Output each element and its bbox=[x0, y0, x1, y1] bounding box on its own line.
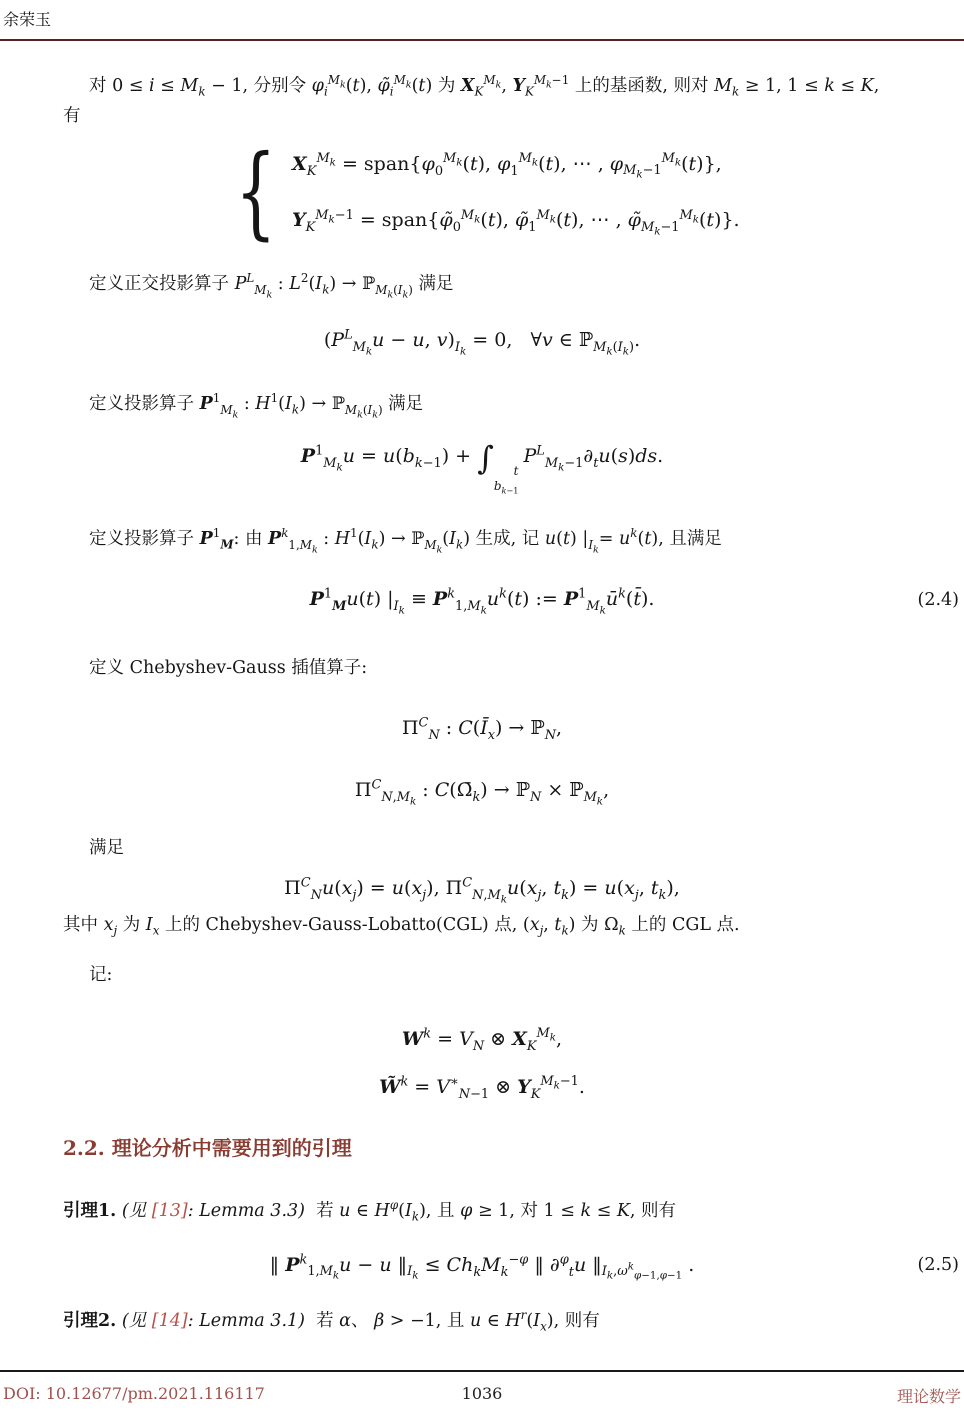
document-page: 余荣玉 对 0 ≤ i ≤ Mk − 1, 分别令 φiMk(t), φ̃iMk… bbox=[0, 0, 964, 1414]
equation-projection-integral: P1Mku = u(bk−1) + ∫tbk−1PLMk−1∂tu(s)ds. bbox=[63, 439, 901, 494]
page-number: 1036 bbox=[462, 1384, 503, 1403]
equation-orthogonality: (PLMku − u, v)Ik = 0, ∀v ∈ ℙMk(Ik). bbox=[63, 329, 901, 351]
equation-number-2-4: (2.4) bbox=[918, 590, 960, 610]
equation-2-4-body: P1Mu(t) |Ik ≡ Pk1,Mkuk(t) := P1Mkūk(t̄). bbox=[310, 588, 655, 610]
page-header: 余荣玉 bbox=[0, 0, 964, 41]
equation-projection-integral-body: P1Mku = u(bk−1) + ∫tbk−1PLMk−1∂tu(s)ds. bbox=[301, 445, 663, 467]
para-denote: 记: bbox=[63, 960, 901, 990]
equation-interpolation: ΠCNu(xj) = u(xj), ΠCN,Mku(xj, tk) = u(xj… bbox=[63, 877, 901, 899]
citation-14[interactable]: [14] bbox=[152, 1311, 188, 1331]
para-satisfy: 满足 bbox=[63, 833, 901, 863]
equation-space-w: Wk = VN ⊗ XKMk, bbox=[63, 1028, 901, 1050]
para-projection-1: 定义投影算子 P1Mk : H1(Ik) → ℙMk(Ik) 满足 bbox=[63, 389, 901, 419]
equation-number-2-5: (2.5) bbox=[918, 1255, 960, 1275]
author-name: 余荣玉 bbox=[3, 10, 51, 29]
equation-space-w-tilde-body: W̃k = V∗N−1 ⊗ YKMk−1. bbox=[379, 1076, 585, 1098]
equation-2-5: ‖ Pk1,Mku − u ‖Ik ≤ ChkMk−φ ‖ ∂φtu ‖Ik,ω… bbox=[63, 1254, 901, 1276]
para-cgl-points: 其中 xj 为 Ix 上的 Chebyshev-Gauss-Lobatto(CG… bbox=[63, 910, 901, 940]
equation-2-5-body: ‖ Pk1,Mku − u ‖Ik ≤ ChkMk−φ ‖ ∂φtu ‖Ik,ω… bbox=[270, 1254, 695, 1276]
page-body: 对 0 ≤ i ≤ Mk − 1, 分别令 φiMk(t), φ̃iMk(t) … bbox=[0, 71, 964, 1336]
para-orthogonal-projection: 定义正交投影算子 PLMk : L2(Ik) → ℙMk(Ik) 满足 bbox=[63, 269, 901, 299]
equation-interp-operator-1-body: ΠCN : C(Īx) → ℙN, bbox=[402, 717, 562, 739]
equation-cases-line1: XKMk = span{φ0Mk(t), φ1Mk(t), ⋯ , φMk−1M… bbox=[292, 153, 740, 175]
para-projection-M: 定义投影算子 P1M: 由 Pk1,Mk : H1(Ik) → ℙMk(Ik) … bbox=[63, 524, 901, 554]
left-brace: { bbox=[236, 147, 277, 237]
equation-space-w-tilde: W̃k = V∗N−1 ⊗ YKMk−1. bbox=[63, 1076, 901, 1098]
equation-2-4: P1Mu(t) |Ik ≡ Pk1,Mkuk(t) := P1Mkūk(t̄).… bbox=[63, 588, 901, 610]
cases-lines: XKMk = span{φ0Mk(t), φ1Mk(t), ⋯ , φMk−1M… bbox=[292, 153, 740, 232]
section-heading-2-2: 2.2. 理论分析中需要用到的引理 bbox=[63, 1134, 901, 1162]
equation-cases-line2: YKMk−1 = span{φ̃0Mk(t), φ̃1Mk(t), ⋯ , φ̃… bbox=[292, 209, 740, 231]
para-intro: 对 0 ≤ i ≤ Mk − 1, 分别令 φiMk(t), φ̃iMk(t) … bbox=[63, 71, 901, 131]
equation-interp-operator-1: ΠCN : C(Īx) → ℙN, bbox=[63, 717, 901, 739]
para-chebyshev: 定义 Chebyshev-Gauss 插值算子: bbox=[63, 653, 901, 683]
journal-name: 理论数学 bbox=[897, 1384, 961, 1407]
page-footer: DOI: 10.12677/pm.2021.116117 1036 理论数学 bbox=[0, 1370, 964, 1414]
doi-text[interactable]: DOI: 10.12677/pm.2021.116117 bbox=[3, 1384, 265, 1403]
citation-13[interactable]: [13] bbox=[152, 1201, 188, 1221]
equation-interp-operator-2: ΠCN,Mk : C(Ω̄k) → ℙN × ℙMk, bbox=[63, 779, 901, 801]
lemma-1: 引理1. (见 [13]: Lemma 3.3) 若 u ∈ Hφ(Ik), 且… bbox=[63, 1196, 901, 1226]
equation-interp-operator-2-body: ΠCN,Mk : C(Ω̄k) → ℙN × ℙMk, bbox=[355, 779, 609, 801]
equation-interpolation-body: ΠCNu(xj) = u(xj), ΠCN,Mku(xj, tk) = u(xj… bbox=[284, 877, 680, 899]
equation-orthogonality-body: (PLMku − u, v)Ik = 0, ∀v ∈ ℙMk(Ik). bbox=[324, 329, 640, 351]
equation-cases: { XKMk = span{φ0Mk(t), φ1Mk(t), ⋯ , φMk−… bbox=[63, 139, 901, 245]
equation-space-w-body: Wk = VN ⊗ XKMk, bbox=[402, 1028, 562, 1050]
lemma-2: 引理2. (见 [14]: Lemma 3.1) 若 α、 β > −1, 且 … bbox=[63, 1306, 901, 1336]
